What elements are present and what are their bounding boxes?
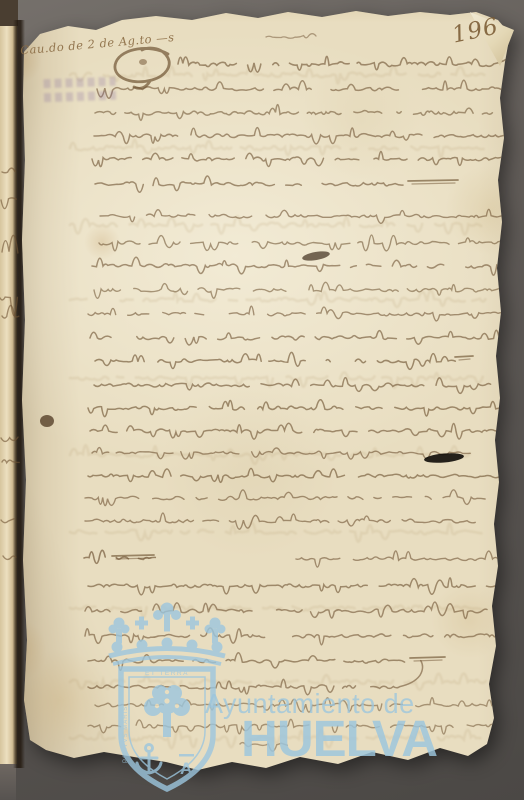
stamp-text-row [43, 77, 115, 89]
faded-archive-stamp [43, 77, 116, 115]
stamp-text-row [44, 91, 116, 103]
manuscript-scan: 196 Cau.do de 2 de Ag.to —s [0, 0, 524, 800]
margin-marks-layer [0, 0, 524, 800]
